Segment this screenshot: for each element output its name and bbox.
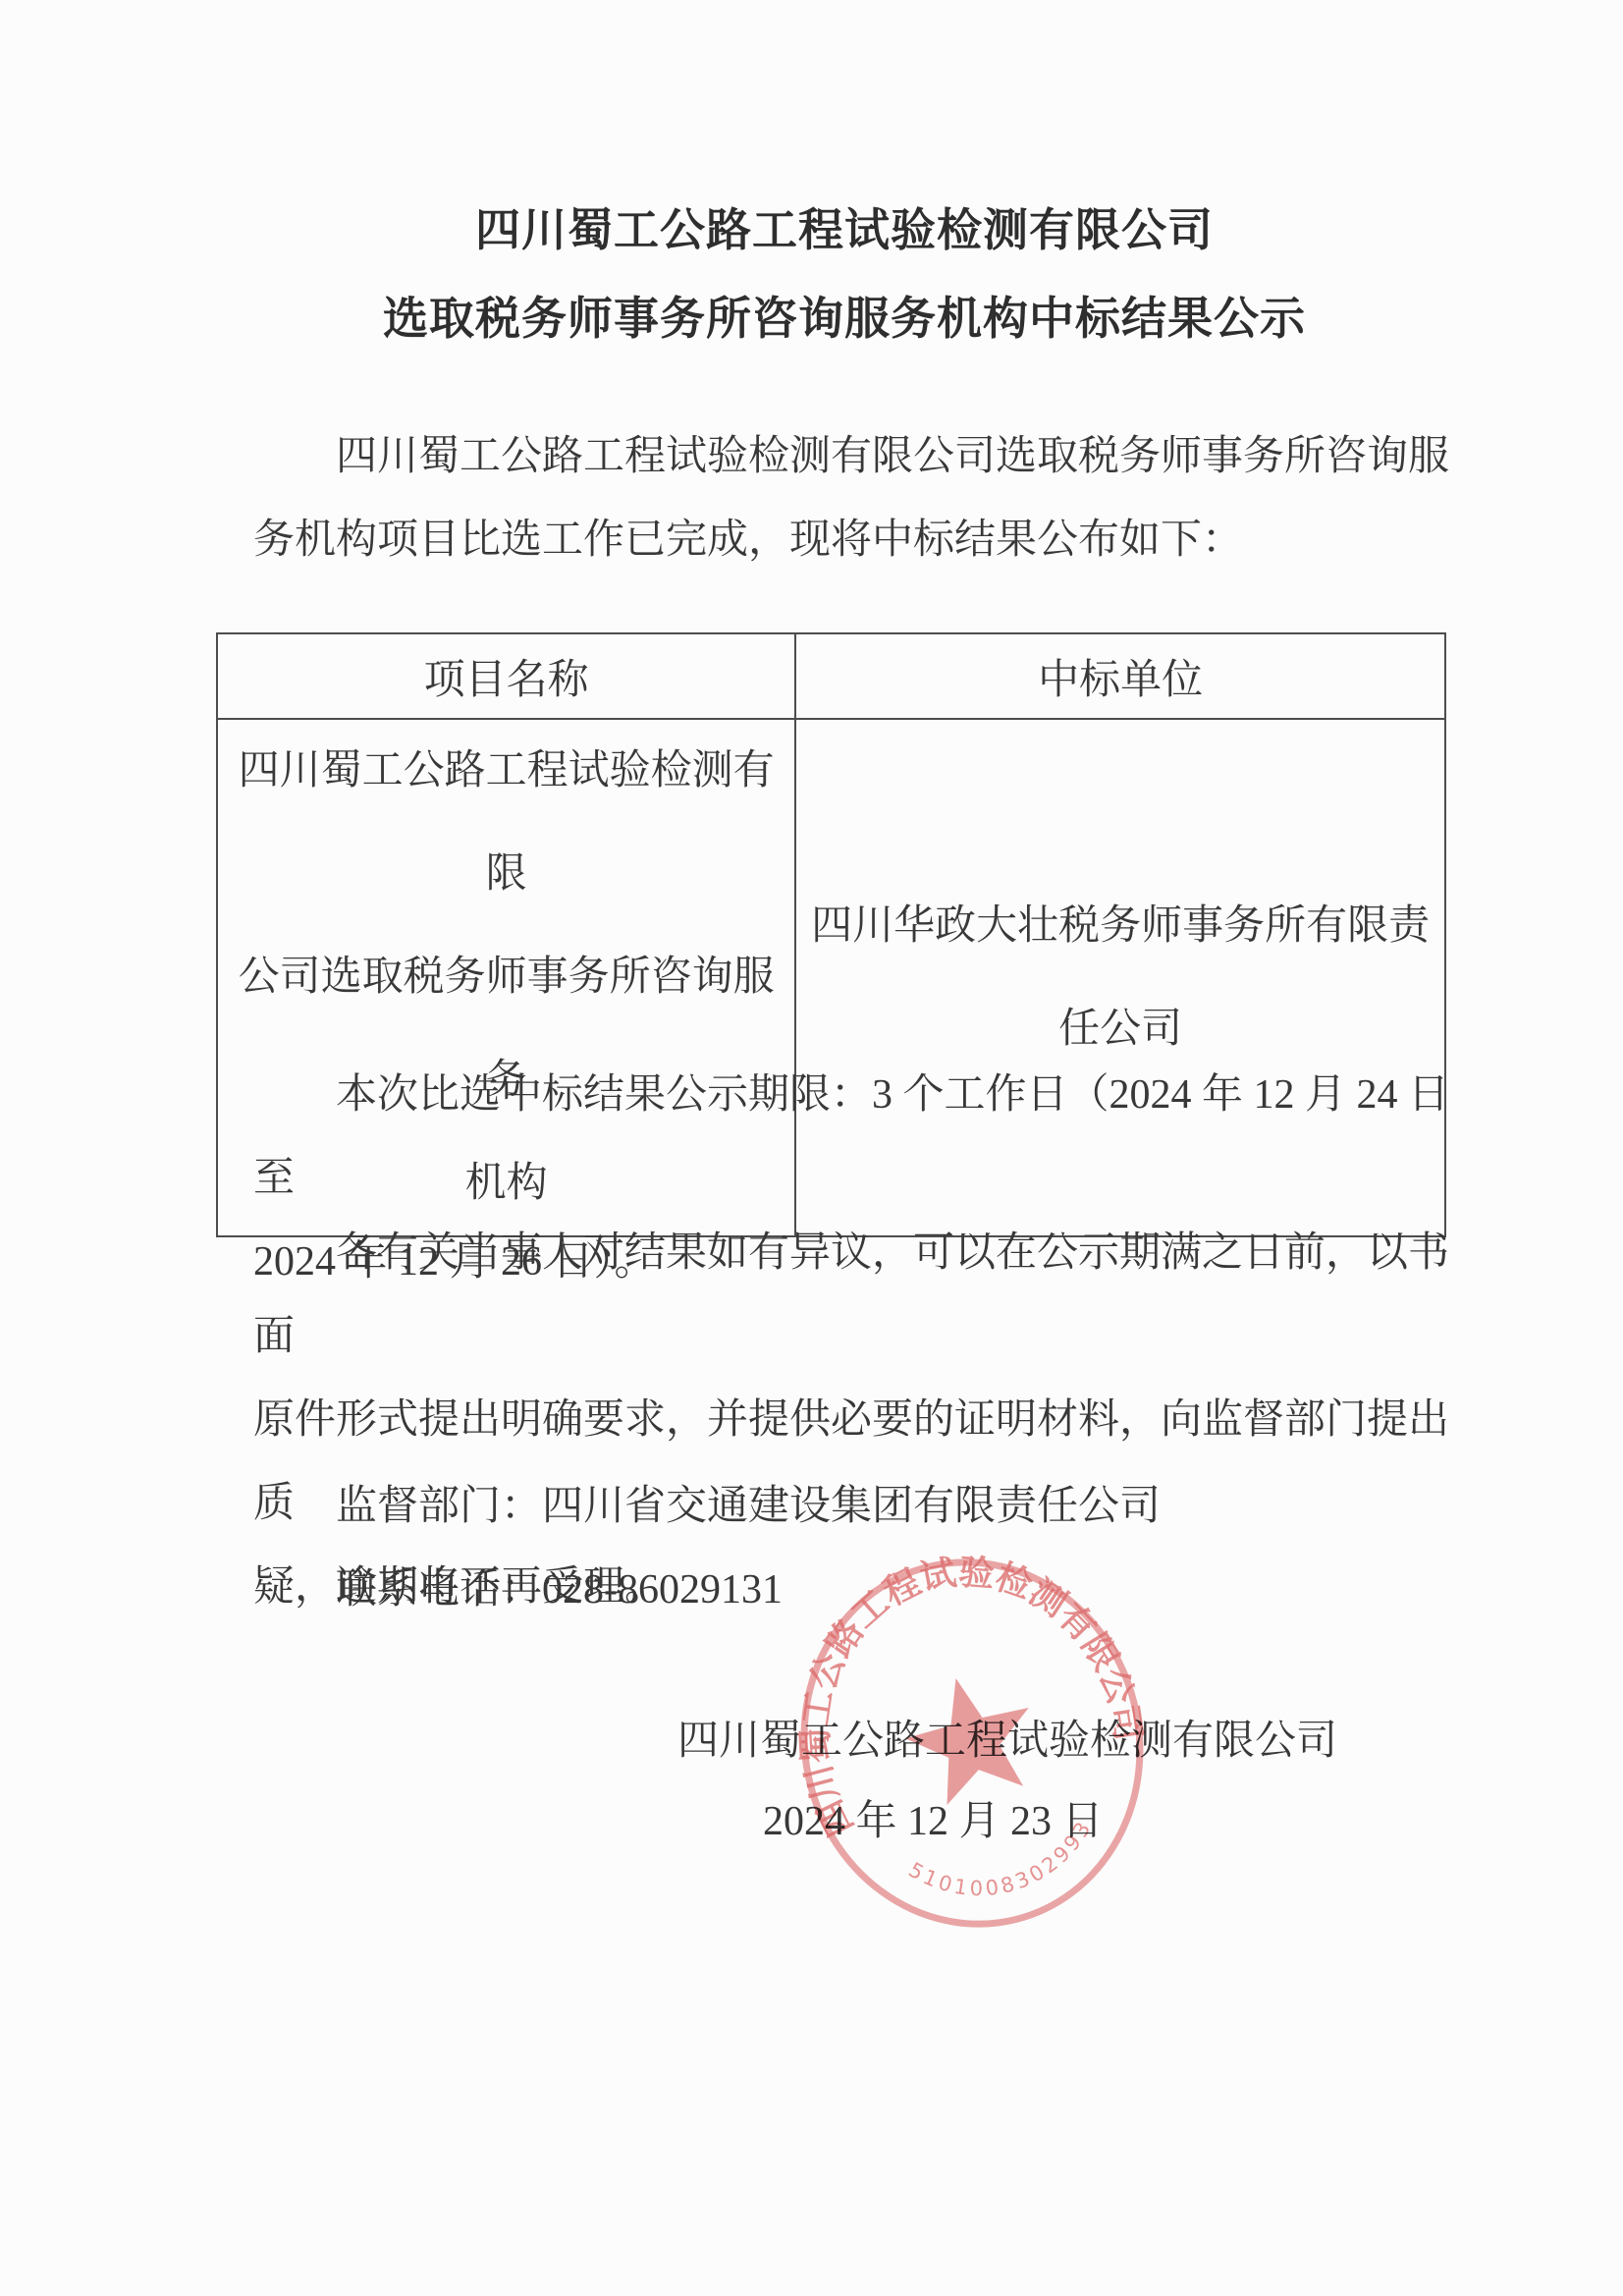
- table-header-winning-bidder: 中标单位: [795, 633, 1445, 719]
- star-icon: [894, 1663, 1047, 1811]
- table-header-row: 项目名称 中标单位: [217, 633, 1445, 719]
- seal-serial-container: 5101008302993: [900, 1812, 1109, 1921]
- document-title-line1: 四川蜀工公路工程试验检测有限公司: [253, 201, 1435, 260]
- paragraph-intro: 四川蜀工公路工程试验检测有限公司选取税务师事务所咨询服 务机构项目比选工作已完成…: [253, 415, 1461, 582]
- announcement-document: 四川蜀工公路工程试验检测有限公司 选取税务师事务所咨询服务机构中标结果公示 四川…: [0, 0, 1623, 2296]
- supervision-department-line: 监督部门：四川省交通建设集团有限责任公司: [253, 1465, 1461, 1549]
- table-header-project-name: 项目名称: [217, 633, 795, 719]
- seal-serial-number: 5101008302993: [900, 1812, 1109, 1921]
- document-title-line2: 选取税务师事务所咨询服务机构中标结果公示: [253, 290, 1435, 349]
